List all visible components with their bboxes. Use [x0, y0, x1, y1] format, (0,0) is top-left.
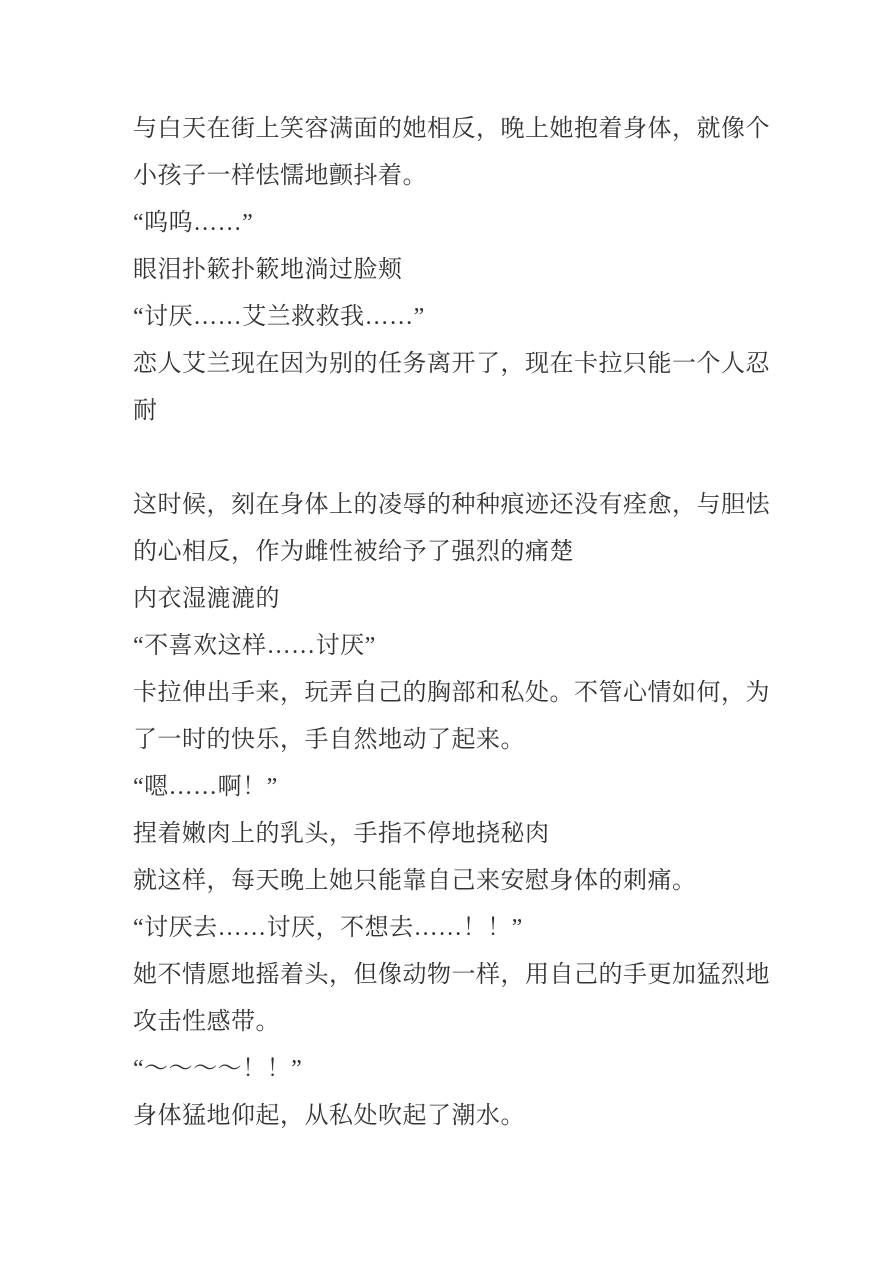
document-page: 与白天在街上笑容满面的她相反，晚上她抱着身体，就像个 小孩子一样怯懦地颤抖着。 …	[0, 0, 892, 1262]
text-line: 内衣湿漉漉的	[133, 576, 764, 623]
dialogue-line: “嗯……啊！”	[133, 764, 764, 811]
dialogue-line: “呜呜……”	[133, 200, 764, 247]
text-line: 的心相反，作为雌性被给予了强烈的痛楚	[133, 529, 764, 576]
text-line: 耐	[133, 388, 764, 435]
text-line: 她不情愿地摇着头，但像动物一样，用自己的手更加猛烈地	[133, 952, 764, 999]
text-line: 就这样，每天晚上她只能靠自己来安慰身体的刺痛。	[133, 858, 764, 905]
text-line: 卡拉伸出手来，玩弄自己的胸部和私处。不管心情如何，为	[133, 670, 764, 717]
blank-line	[133, 435, 764, 482]
text-line: 身体猛地仰起，从私处吹起了潮水。	[133, 1093, 764, 1140]
text-line: 攻击性感带。	[133, 999, 764, 1046]
dialogue-line: “不喜欢这样……讨厌”	[133, 623, 764, 670]
text-line: 与白天在街上笑容满面的她相反，晚上她抱着身体，就像个	[133, 106, 764, 153]
text-line: 了一时的快乐，手自然地动了起来。	[133, 717, 764, 764]
text-line: 眼泪扑簌扑簌地淌过脸颊	[133, 247, 764, 294]
dialogue-line: “讨厌去……讨厌，不想去……！！”	[133, 905, 764, 952]
text-line: 小孩子一样怯懦地颤抖着。	[133, 153, 764, 200]
text-line: 捏着嫩肉上的乳头，手指不停地挠秘肉	[133, 811, 764, 858]
text-line: 这时候，刻在身体上的凌辱的种种痕迹还没有痊愈，与胆怯	[133, 482, 764, 529]
dialogue-line: “～～～～！！”	[133, 1046, 764, 1093]
text-line: 恋人艾兰现在因为别的任务离开了，现在卡拉只能一个人忍	[133, 341, 764, 388]
dialogue-line: “讨厌……艾兰救救我……”	[133, 294, 764, 341]
